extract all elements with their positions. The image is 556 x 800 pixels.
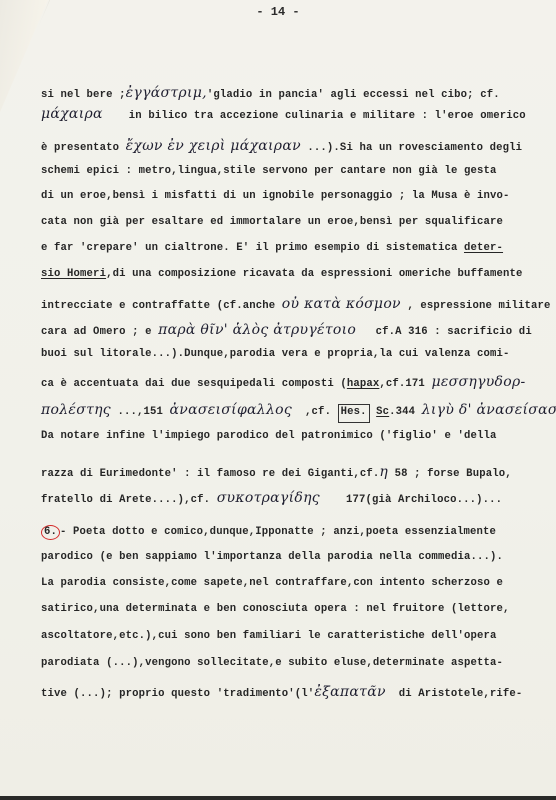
text-line: ascoltatore,etc.),cui sono ben familiari…	[41, 630, 497, 642]
handwritten-greek: παρὰ θῖν' ἁλὸς ἀτρυγέτοιο	[158, 322, 356, 338]
handwritten-greek: μεσσηγυδορ-	[431, 374, 525, 390]
typed-text: satirico,una determinata e ben conosciut…	[41, 603, 510, 615]
typed-text: intrecciate e contraffatte (cf.anche	[41, 300, 282, 312]
underlined-term: hapax	[347, 378, 380, 390]
handwritten-greek: μάχαιρα	[41, 106, 103, 122]
typed-text: ,di una composizione ricavata da espress…	[106, 268, 522, 280]
typed-text: parodiata (...),vengono sollecitate,e su…	[41, 657, 503, 669]
text-line: μάχαιρα in bilico tra accezione culinari…	[41, 106, 526, 122]
text-line: schemi epici : metro,lingua,stile servon…	[41, 165, 497, 177]
underlined-term: Sc	[376, 406, 389, 418]
typed-text: 58 ; forse Bupalo,	[388, 468, 512, 480]
typed-text: Da notare infine l'impiego parodico del …	[41, 430, 497, 442]
typed-text: schemi epici : metro,lingua,stile servon…	[41, 165, 497, 177]
underlined-term: deter-	[464, 242, 503, 254]
typed-text: di Aristotele,rife-	[386, 688, 523, 700]
typed-text: è presentato	[41, 142, 126, 154]
typed-text: ,cf.	[292, 406, 338, 418]
underlined-term: sio Homeri	[41, 268, 106, 280]
typed-text: cara ad Omero ; e	[41, 326, 158, 338]
handwritten-greek: ἐξαπατᾶν	[314, 684, 385, 700]
text-line: tive (...); proprio questo 'tradimento'(…	[41, 684, 522, 700]
text-line: 6.- Poeta dotto e comico,dunque,Ipponatt…	[41, 525, 496, 540]
typed-text: - Poeta dotto e comico,dunque,Ipponatte …	[60, 526, 496, 538]
typed-text: cata non già per esaltare ed immortalare…	[41, 216, 503, 228]
typed-text: buoi sul litorale...).Dunque,parodia ver…	[41, 348, 510, 360]
text-line: parodiata (...),vengono sollecitate,e su…	[41, 657, 503, 669]
typed-text: fratello di Arete....),cf.	[41, 494, 217, 506]
typed-text: di un eroe,bensì i misfatti di un ignobi…	[41, 190, 510, 202]
typed-text: .344	[389, 406, 422, 418]
text-line: cata non già per esaltare ed immortalare…	[41, 216, 503, 228]
handwritten-greek: πολέστης	[41, 402, 111, 418]
typed-text: cf.A 316 : sacrificio di	[356, 326, 532, 338]
typed-text: ca è accentuata dai due sesquipedali com…	[41, 378, 347, 390]
text-line: si nel bere ;ἐγγάστριμ,'gladio in pancia…	[41, 85, 500, 101]
typed-text: 177(già Archiloco...)...	[320, 494, 502, 506]
text-line: cara ad Omero ; e παρὰ θῖν' ἁλὸς ἀτρυγέτ…	[41, 322, 532, 338]
text-line: buoi sul litorale...).Dunque,parodia ver…	[41, 348, 510, 360]
handwritten-greek: ἐγγάστριμ,	[126, 85, 207, 101]
section-number: 6.	[41, 525, 60, 540]
text-line: intrecciate e contraffatte (cf.anche οὐ …	[41, 296, 551, 312]
handwritten-greek: ἔχων ἐν χειρὶ μάχαιραν	[126, 138, 301, 154]
typed-text: ascoltatore,etc.),cui sono ben familiari…	[41, 630, 497, 642]
text-line: πολέστης ...,151 ἀνασεισίφαλλος ,cf. Hes…	[41, 402, 556, 418]
bracketed-reference: Hes.	[338, 404, 370, 423]
text-line: ca è accentuata dai due sesquipedali com…	[41, 374, 526, 390]
typed-text: razza di Eurimedonte' : il famoso re dei…	[41, 468, 379, 480]
text-line: razza di Eurimedonte' : il famoso re dei…	[41, 464, 512, 480]
text-line: è presentato ἔχων ἐν χειρὶ μάχαιραν ...)…	[41, 138, 522, 154]
typed-text: e far 'crepare' un cialtrone. E' il prim…	[41, 242, 464, 254]
typewritten-page: - 14 - si nel bere ;ἐγγάστριμ,'gladio in…	[0, 0, 556, 796]
typed-text: parodico (e ben sappiamo l'importanza de…	[41, 551, 503, 563]
text-line: satirico,una determinata e ben conosciut…	[41, 603, 510, 615]
text-line: Da notare infine l'impiego parodico del …	[41, 430, 497, 442]
typed-text: in bilico tra accezione culinaria e mili…	[103, 110, 526, 122]
text-line: sio Homeri,di una composizione ricavata …	[41, 268, 523, 280]
text-line: parodico (e ben sappiamo l'importanza de…	[41, 551, 503, 563]
typed-text: ,cf.171	[379, 378, 431, 390]
handwritten-greek: οὐ κατὰ κόσμον	[282, 296, 401, 312]
typed-text: ...).Si ha un rovesciamento degli	[301, 142, 522, 154]
handwritten-greek: λιγὺ δ' ἀνασείσασα	[422, 402, 556, 418]
typed-text: tive (...); proprio questo 'tradimento'(…	[41, 688, 314, 700]
handwritten-greek: συκοτραγίδης	[217, 490, 320, 506]
typed-text: ...,151	[111, 406, 170, 418]
page-number: - 14 -	[0, 5, 556, 19]
text-line: e far 'crepare' un cialtrone. E' il prim…	[41, 242, 503, 254]
typed-text: si nel bere ;	[41, 89, 126, 101]
scan-edge	[0, 796, 556, 800]
handwritten-greek: η	[379, 464, 388, 480]
handwritten-greek: ἀνασεισίφαλλος	[170, 402, 293, 418]
text-line: fratello di Arete....),cf. συκοτραγίδης …	[41, 490, 502, 506]
text-line: di un eroe,bensì i misfatti di un ignobi…	[41, 190, 510, 202]
typed-text: , espressione militare	[401, 300, 551, 312]
typed-text: 'gladio in pancia' agli eccessi nel cibo…	[207, 89, 500, 101]
text-line: La parodia consiste,come sapete,nel cont…	[41, 577, 503, 589]
typed-text: La parodia consiste,come sapete,nel cont…	[41, 577, 503, 589]
